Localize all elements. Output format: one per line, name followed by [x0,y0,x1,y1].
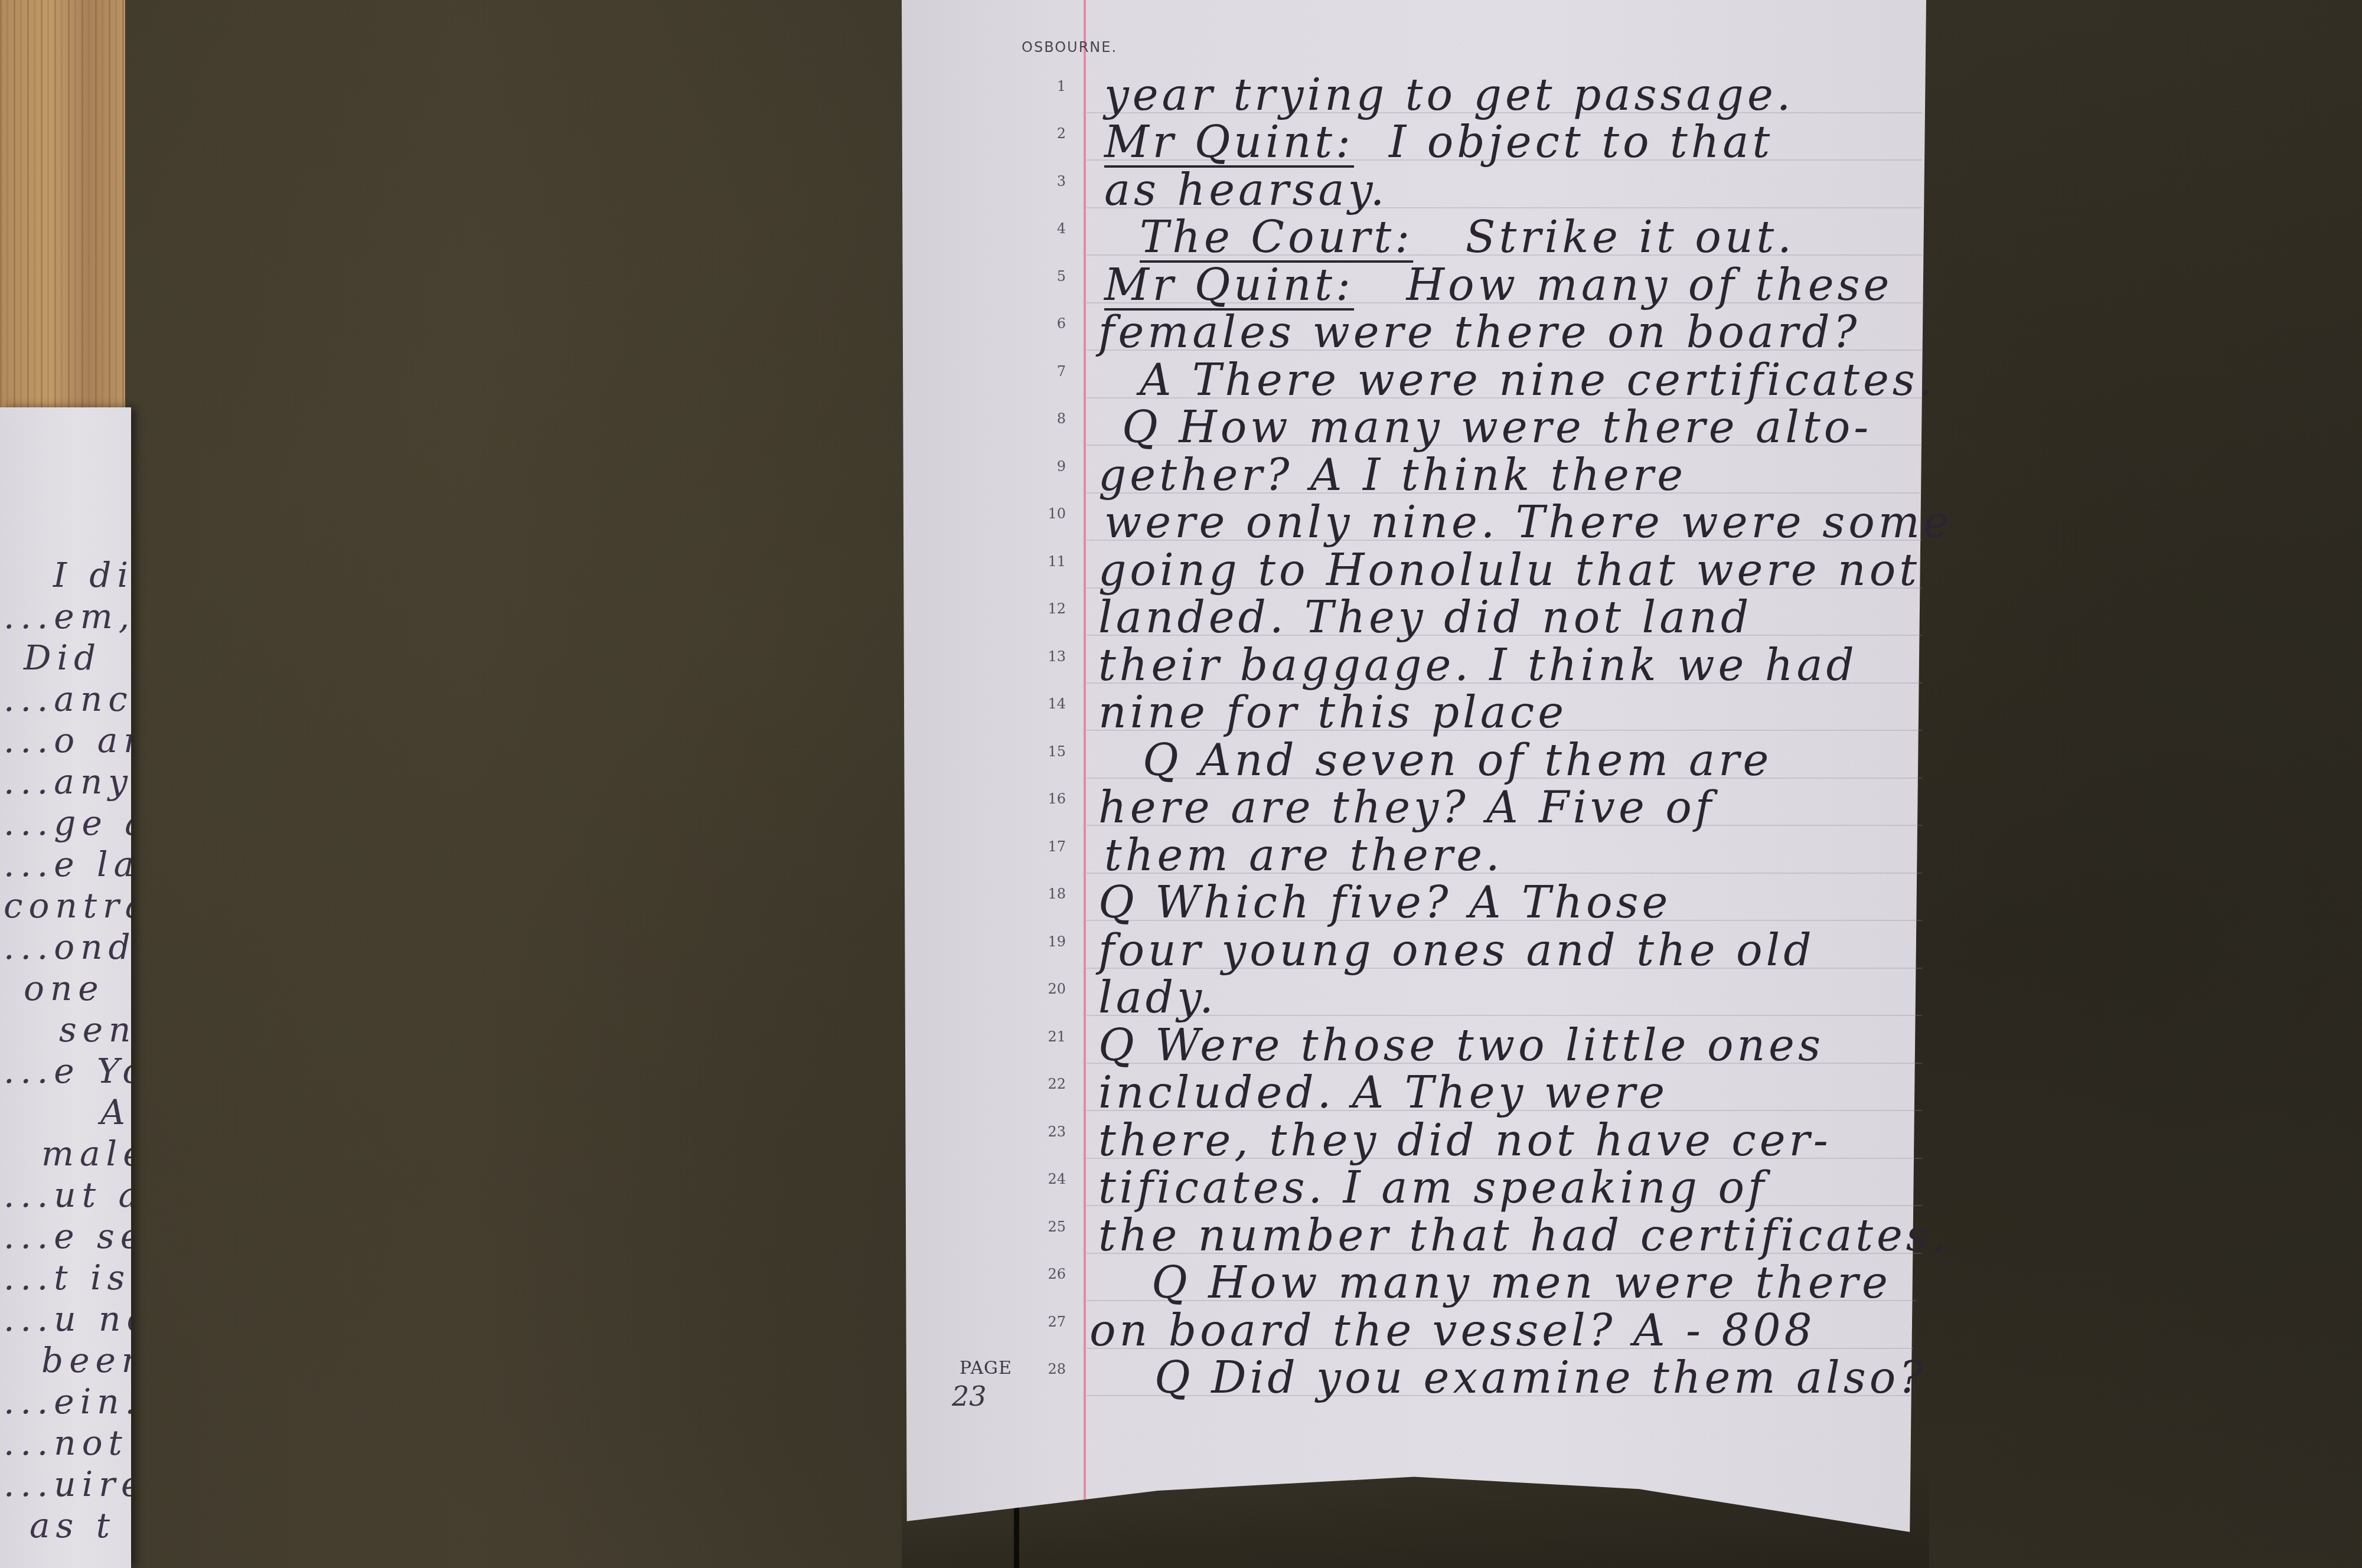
line-number: 11 [1042,553,1066,570]
line-number: 4 [1042,220,1066,237]
line-number: 13 [1042,648,1066,665]
handwritten-line: lady. [1098,972,1217,1023]
handwritten-line: the number that had certificates. [1098,1210,1949,1261]
running-head: OSBOURNE. [1022,39,1117,55]
line-number: 28 [1042,1361,1066,1377]
line-number: 27 [1042,1314,1066,1330]
line-number: 19 [1042,933,1066,950]
left-page-line: one [24,968,105,1008]
line-number: 25 [1042,1219,1066,1235]
handwritten-line: tificates. I am speaking of [1098,1162,1767,1213]
left-page-line: ...uired [4,1464,131,1504]
line-number: 5 [1042,268,1066,285]
left-page-line: ...em, [4,596,131,636]
handwritten-line: landed. They did not land [1098,592,1752,643]
red-margin-line [1084,0,1086,1523]
line-number: 23 [1042,1123,1066,1140]
handwritten-line: on board the vessel? A - 808 [1089,1305,1816,1356]
left-page-line: ...any. [4,762,131,802]
speaker-label: Mr Quint: [1104,260,1354,311]
left-page-line: Did [24,638,102,678]
handwritten-line: females were there on board? [1098,307,1860,358]
line-text: How many of these [1407,260,1893,311]
line-number: 26 [1042,1266,1066,1282]
left-page-line: ...e sent [4,1216,131,1256]
handwritten-line: Q Were those two little ones [1098,1020,1824,1071]
handwritten-line: there, they did not have cer- [1098,1115,1832,1166]
line-number: 10 [1042,505,1066,522]
left-page-line: contra [4,886,131,926]
left-page-line: ...ance [4,679,131,719]
line-number: 8 [1042,410,1066,427]
handwritten-line: year trying to get passage. [1104,70,1794,120]
handwritten-line: Q Did you examine them also? [1154,1353,1926,1403]
line-number: 15 [1042,743,1066,760]
left-page-line: ...ond [4,927,131,967]
handwritten-line: Mr Quint: I object to that [1104,117,1773,168]
handwritten-line: going to Honolulu that were not [1098,545,1920,596]
line-number: 21 [1042,1028,1066,1045]
handwritten-line: gether? A I think there [1098,450,1686,501]
left-page-line: male [41,1133,131,1174]
line-number: 6 [1042,315,1066,332]
handwritten-line: Q Which five? A Those [1098,877,1671,928]
handwritten-line: The Court: Strike it out. [1140,212,1795,263]
line-number: 9 [1042,458,1066,475]
left-page-fragment: I did ...em, Did ...ance ...o an ...any.… [0,407,131,1568]
left-page-line: ...not e [4,1423,131,1463]
line-number: 18 [1042,886,1066,902]
handwritten-line: A There were nine certificates. [1140,355,1936,406]
handwritten-line: included. A They were [1098,1067,1668,1118]
line-number: 22 [1042,1076,1066,1092]
page-label: PAGE [960,1358,1012,1378]
handwritten-line: nine for this place [1098,687,1567,738]
left-page-line: ...u new [4,1299,131,1339]
handwritten-line: as hearsay. [1104,165,1388,215]
handwritten-line: them are there. [1104,830,1503,881]
left-page-line: ...ut an [4,1175,131,1215]
left-page-line: ...e You [4,1051,131,1091]
line-number: 3 [1042,173,1066,190]
line-number: 1 [1042,78,1066,94]
left-page-line: as t [30,1505,116,1546]
handwritten-line: their baggage. I think we had [1098,640,1858,691]
left-page-line: I did [53,555,131,595]
left-page-line: ...o an [4,720,131,760]
line-number: 7 [1042,363,1066,380]
line-number: 14 [1042,695,1066,712]
left-page-line: ...t is c [4,1257,131,1298]
handwritten-line: were only nine. There were some [1104,497,1953,548]
left-page-line: ...ein. [4,1381,131,1422]
page-number: 23 [952,1380,987,1412]
left-page-line: sen [59,1010,131,1050]
line-number: 2 [1042,125,1066,142]
line-number: 20 [1042,981,1066,997]
line-text: I object to that [1389,117,1773,168]
line-text: Strike it out. [1466,212,1795,263]
wood-table-edge [0,0,125,413]
left-page-line: ...ge and [4,803,131,843]
line-number: 24 [1042,1171,1066,1187]
handwritten-line: Q How many were there alto- [1122,402,1872,453]
left-page-line: A [100,1092,131,1132]
left-page-line: ...e lab [4,844,131,884]
handwritten-line: here are they? A Five of [1098,782,1715,833]
left-page-line: been [41,1340,131,1380]
speaker-label: Mr Quint: [1104,117,1354,168]
line-number: 12 [1042,600,1066,617]
handwritten-line: Mr Quint: How many of these [1104,260,1893,311]
handwritten-line: four young ones and the old [1098,925,1815,976]
handwritten-line: Q And seven of them are [1143,735,1772,786]
speaker-label: The Court: [1140,212,1413,263]
line-number: 16 [1042,790,1066,807]
handwritten-line: Q How many men were there [1151,1257,1891,1308]
line-number: 17 [1042,838,1066,855]
